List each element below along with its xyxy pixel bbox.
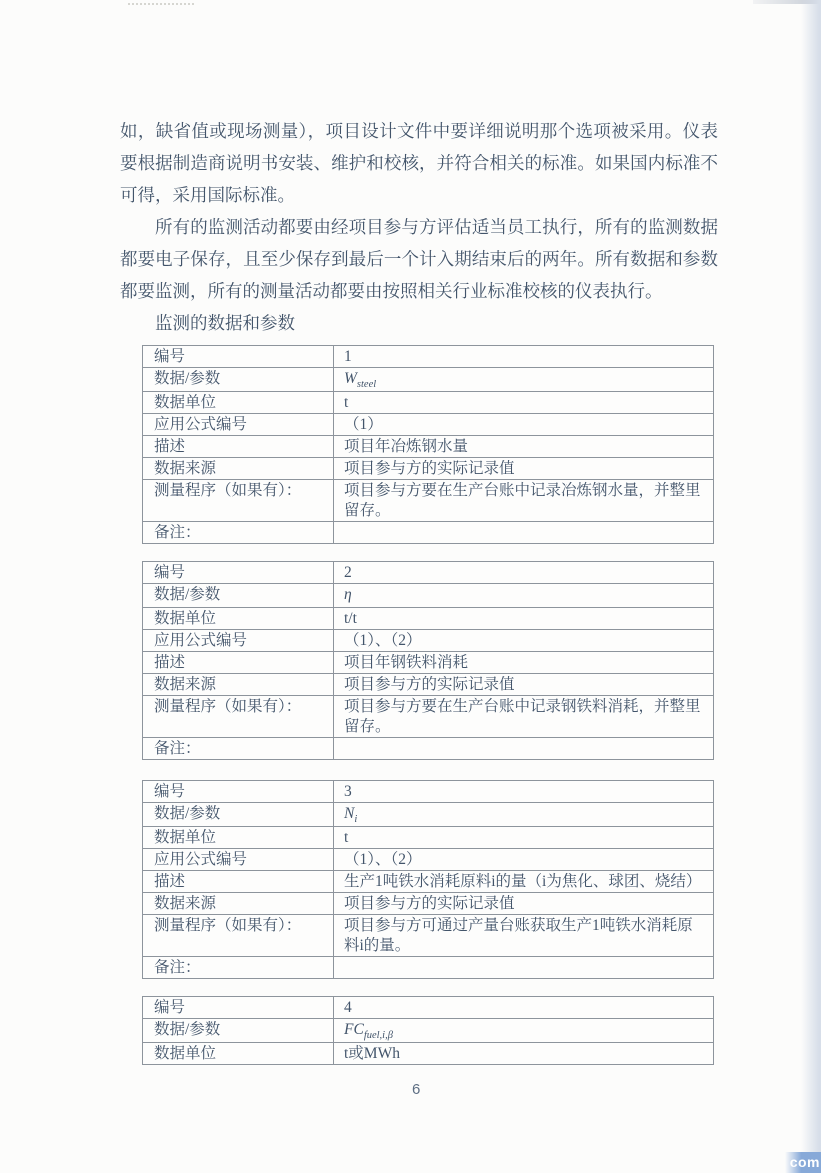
row-label: 数据来源 <box>143 893 334 914</box>
table-row: 备注： <box>143 738 713 759</box>
row-label: 应用公式编号 <box>143 849 334 870</box>
formula-sub: fuel,i,β <box>364 1030 393 1041</box>
row-value: 1 <box>334 346 713 367</box>
table-row: 测量程序（如果有）： 项目参与方要在生产台账中记录钢铁料消耗，并整里留存。 <box>143 696 713 738</box>
row-value: 项目参与方的实际记录值 <box>334 458 713 479</box>
formula-main: N <box>344 805 354 822</box>
parameter-formula: Wsteel <box>344 370 376 387</box>
row-label: 数据/参数 <box>143 368 334 391</box>
table-row: 数据/参数 Ni <box>143 803 713 827</box>
row-label: 编号 <box>143 346 334 367</box>
row-value: FCfuel,i,β <box>334 1019 713 1042</box>
formula-main: W <box>344 370 357 387</box>
row-label: 备注： <box>143 738 334 759</box>
parameter-formula: η <box>344 586 352 603</box>
row-value: 项目年冶炼钢水量 <box>334 436 713 457</box>
row-value: 3 <box>334 781 713 802</box>
row-label: 应用公式编号 <box>143 630 334 651</box>
row-label: 数据/参数 <box>143 1019 334 1042</box>
row-label: 描述 <box>143 652 334 673</box>
table-rows: 编号 4 数据/参数 FCfuel,i,β 数据单位 t或MWh <box>143 997 713 1064</box>
table-row: 数据单位 t或MWh <box>143 1043 713 1064</box>
row-value: η <box>334 584 713 607</box>
table-rows: 编号 2 数据/参数 η 数据单位 t/t 应用公式编号 （1）、（2） 描述 … <box>143 562 713 759</box>
table-row: 数据单位 t <box>143 827 713 849</box>
row-value <box>334 738 713 759</box>
row-label: 数据来源 <box>143 674 334 695</box>
table-row: 数据单位 t/t <box>143 608 713 630</box>
parameter-formula: Ni <box>344 805 357 822</box>
table-row: 测量程序（如果有）： 项目参与方要在生产台账中记录冶炼钢水量，并整里留存。 <box>143 480 713 522</box>
document-page: 如，缺省值或现场测量），项目设计文件中要详细说明那个选项被采用。仪表要根据制造商… <box>0 0 821 1173</box>
row-value: 项目参与方要在生产台账中记录冶炼钢水量，并整里留存。 <box>334 480 713 521</box>
table-row: 应用公式编号 （1） <box>143 414 713 436</box>
table-row: 编号 2 <box>143 562 713 584</box>
formula-main: η <box>344 586 352 603</box>
row-value: t <box>334 392 713 413</box>
row-value: t或MWh <box>334 1043 713 1064</box>
row-value: 生产1吨铁水消耗原料i的量（i为焦化、球团、烧结） <box>334 871 713 892</box>
table-rows: 编号 3 数据/参数 Ni 数据单位 t 应用公式编号 （1）、（2） 描述 生… <box>143 781 713 978</box>
row-value: （1）、（2） <box>334 849 713 870</box>
table-row: 测量程序（如果有）： 项目参与方可通过产量台账获取生产1吨铁水消耗原料i的量。 <box>143 915 713 957</box>
table-row: 数据/参数 FCfuel,i,β <box>143 1019 713 1043</box>
parameter-table: 编号 1 数据/参数 Wsteel 数据单位 t 应用公式编号 （1） 描述 项… <box>142 345 714 544</box>
formula-sub: i <box>354 814 357 825</box>
row-value: 项目参与方要在生产台账中记录钢铁料消耗，并整里留存。 <box>334 696 713 737</box>
row-value <box>334 522 713 543</box>
row-value: Wsteel <box>334 368 713 391</box>
row-value: 项目参与方可通过产量台账获取生产1吨铁水消耗原料i的量。 <box>334 915 713 956</box>
formula-sub: steel <box>357 379 376 390</box>
row-value: 项目年钢铁料消耗 <box>334 652 713 673</box>
row-label: 应用公式编号 <box>143 414 334 435</box>
row-label: 测量程序（如果有）： <box>143 696 334 737</box>
table-row: 备注： <box>143 957 713 978</box>
row-label: 数据单位 <box>143 1043 334 1064</box>
row-value: （1） <box>334 414 713 435</box>
row-value: （1）、（2） <box>334 630 713 651</box>
row-value: Ni <box>334 803 713 826</box>
table-row: 编号 3 <box>143 781 713 803</box>
parameter-table: 编号 2 数据/参数 η 数据单位 t/t 应用公式编号 （1）、（2） 描述 … <box>142 561 714 760</box>
row-value: 2 <box>334 562 713 583</box>
page-number: 6 <box>412 1081 420 1098</box>
table-row: 数据/参数 Wsteel <box>143 368 713 392</box>
table-row: 应用公式编号 （1）、（2） <box>143 630 713 652</box>
table-row: 备注： <box>143 522 713 543</box>
table-row: 编号 1 <box>143 346 713 368</box>
parameter-table: 编号 4 数据/参数 FCfuel,i,β 数据单位 t或MWh <box>142 996 714 1065</box>
table-rows: 编号 1 数据/参数 Wsteel 数据单位 t 应用公式编号 （1） 描述 项… <box>143 346 713 543</box>
row-value: t/t <box>334 608 713 629</box>
row-label: 编号 <box>143 562 334 583</box>
table-row: 数据来源 项目参与方的实际记录值 <box>143 674 713 696</box>
row-value: 项目参与方的实际记录值 <box>334 674 713 695</box>
row-label: 编号 <box>143 781 334 802</box>
tables-area: 编号 1 数据/参数 Wsteel 数据单位 t 应用公式编号 （1） 描述 项… <box>0 0 821 1173</box>
table-row: 应用公式编号 （1）、（2） <box>143 849 713 871</box>
row-label: 数据/参数 <box>143 584 334 607</box>
row-label: 描述 <box>143 871 334 892</box>
row-label: 测量程序（如果有）： <box>143 480 334 521</box>
table-row: 描述 项目年钢铁料消耗 <box>143 652 713 674</box>
row-label: 测量程序（如果有）： <box>143 915 334 956</box>
row-label: 数据单位 <box>143 827 334 848</box>
table-row: 数据来源 项目参与方的实际记录值 <box>143 458 713 480</box>
parameter-table: 编号 3 数据/参数 Ni 数据单位 t 应用公式编号 （1）、（2） 描述 生… <box>142 780 714 979</box>
formula-main: FC <box>344 1021 364 1038</box>
row-label: 编号 <box>143 997 334 1018</box>
row-label: 数据单位 <box>143 608 334 629</box>
row-value: 4 <box>334 997 713 1018</box>
row-label: 备注： <box>143 957 334 978</box>
table-row: 数据单位 t <box>143 392 713 414</box>
table-row: 描述 生产1吨铁水消耗原料i的量（i为焦化、球团、烧结） <box>143 871 713 893</box>
row-value: 项目参与方的实际记录值 <box>334 893 713 914</box>
row-label: 数据来源 <box>143 458 334 479</box>
watermark-badge: com <box>785 1152 821 1173</box>
table-row: 描述 项目年冶炼钢水量 <box>143 436 713 458</box>
row-value <box>334 957 713 978</box>
table-row: 数据来源 项目参与方的实际记录值 <box>143 893 713 915</box>
table-row: 数据/参数 η <box>143 584 713 608</box>
parameter-formula: FCfuel,i,β <box>344 1021 393 1038</box>
row-label: 数据单位 <box>143 392 334 413</box>
row-label: 描述 <box>143 436 334 457</box>
row-label: 数据/参数 <box>143 803 334 826</box>
table-row: 编号 4 <box>143 997 713 1019</box>
row-value: t <box>334 827 713 848</box>
row-label: 备注： <box>143 522 334 543</box>
